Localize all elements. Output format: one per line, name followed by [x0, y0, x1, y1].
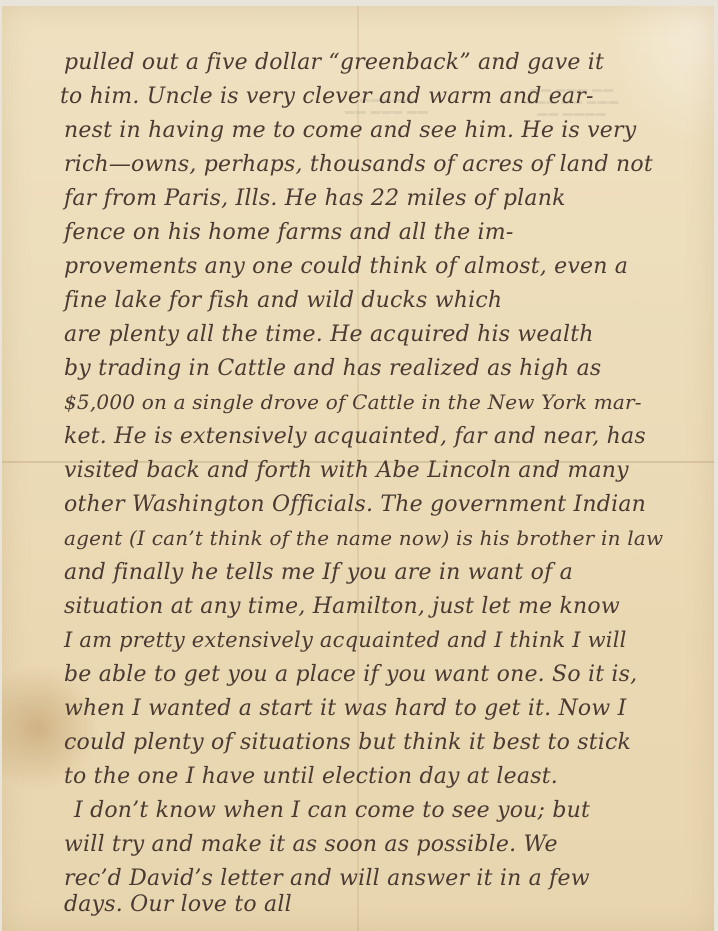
letter-page: ▬▬ ▬▬▬ ▬▬▬▬▬ ▬▬ ▬▬▬▬▬ ▬▬▬▬ ▬▬▬▬▬▬▬ ▬▬▬ ▬… [2, 6, 714, 931]
letter-line: other Washington Officials. The governme… [64, 492, 646, 517]
letter-line: provements any one could think of almost… [64, 254, 628, 279]
letter-line: agent (I can’t think of the name now) is… [64, 526, 663, 550]
letter-line: fence on his home farms and all the im- [64, 220, 513, 245]
letter-line: pulled out a five dollar “greenback” and… [64, 50, 604, 75]
letter-line: situation at any time, Hamilton, just le… [64, 594, 620, 619]
letter-line: to the one I have until election day at … [64, 764, 558, 789]
letter-line: days. Our love to all [64, 892, 292, 917]
letter-line: nest in having me to come and see him. H… [64, 118, 636, 143]
letter-line: be able to get you a place if you want o… [64, 662, 637, 687]
letter-line: when I wanted a start it was hard to get… [64, 696, 627, 721]
letter-line: rec’d David’s letter and will answer it … [64, 866, 590, 891]
letter-line: will try and make it as soon as possible… [64, 832, 558, 857]
letter-line: far from Paris, Ills. He has 22 miles of… [64, 186, 566, 211]
letter-line: rich—owns, perhaps, thousands of acres o… [64, 152, 653, 177]
letter-line: could plenty of situations but think it … [64, 730, 631, 755]
letter-line: to him. Uncle is very clever and warm an… [60, 84, 594, 109]
letter-line: I don’t know when I can come to see you;… [74, 798, 590, 823]
letter-line: $5,000 on a single drove of Cattle in th… [64, 390, 642, 414]
letter-line: and finally he tells me If you are in wa… [64, 560, 573, 585]
letter-line: are plenty all the time. He acquired his… [64, 322, 594, 347]
letter-line: I am pretty extensively acquainted and I… [64, 628, 627, 652]
letter-line: visited back and forth with Abe Lincoln … [64, 458, 629, 483]
letter-line: ket. He is extensively acquainted, far a… [64, 424, 646, 449]
letter-line: fine lake for fish and wild ducks which [64, 288, 502, 313]
letter-line: by trading in Cattle and has realized as… [64, 356, 601, 381]
